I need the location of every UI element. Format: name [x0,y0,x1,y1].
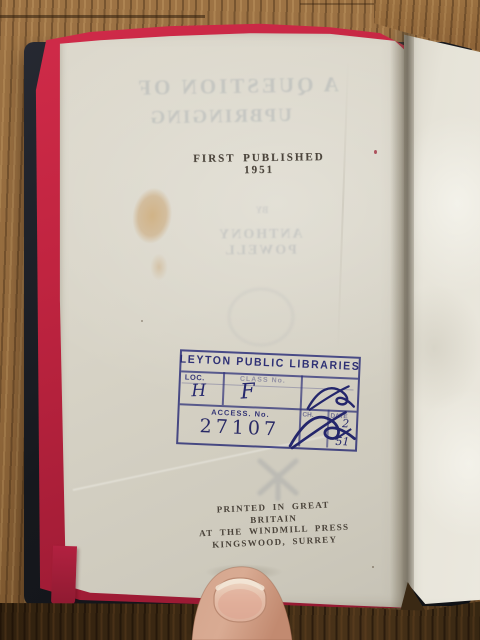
library-stamp: LEYTON PUBLIC LIBRARIES LOC. CLASS No. H… [176,349,361,451]
printer-imprint: PRINTED IN GREAT BRITAIN AT THE WINDMILL… [191,498,357,551]
show-through-round-stamp [228,288,294,346]
stamp-access-number: 27107 [184,415,295,442]
red-endpaper-flap [51,546,77,605]
paper-speck [141,320,143,322]
stamp-date-fraction: 2 51 [332,418,359,451]
show-through-author: ANTHONY POWELL [186,226,334,259]
nail-bed [218,589,262,619]
show-through-windmill-mark [252,455,304,501]
show-through-by: BY [246,205,278,215]
show-through-title-line2: UPBRINGING [178,105,292,129]
first-published-line: FIRST PUBLISHED 1951 [178,151,340,177]
show-through-title-line1: A QUESTION OF [132,72,342,101]
paper-speck [374,150,377,154]
stamp-class-value-handwritten: F [240,379,256,404]
stamp-loc-value-handwritten: H [191,381,206,401]
thumb [180,558,310,640]
gutter-shadow [390,30,414,610]
plank-seam [0,15,205,18]
facing-page [404,30,480,608]
stamp-date-year: 51 [335,435,350,449]
paper-speck [372,566,374,568]
open-book-photo: A QUESTION OF UPBRINGING BY ANTHONY POWE… [0,0,480,640]
